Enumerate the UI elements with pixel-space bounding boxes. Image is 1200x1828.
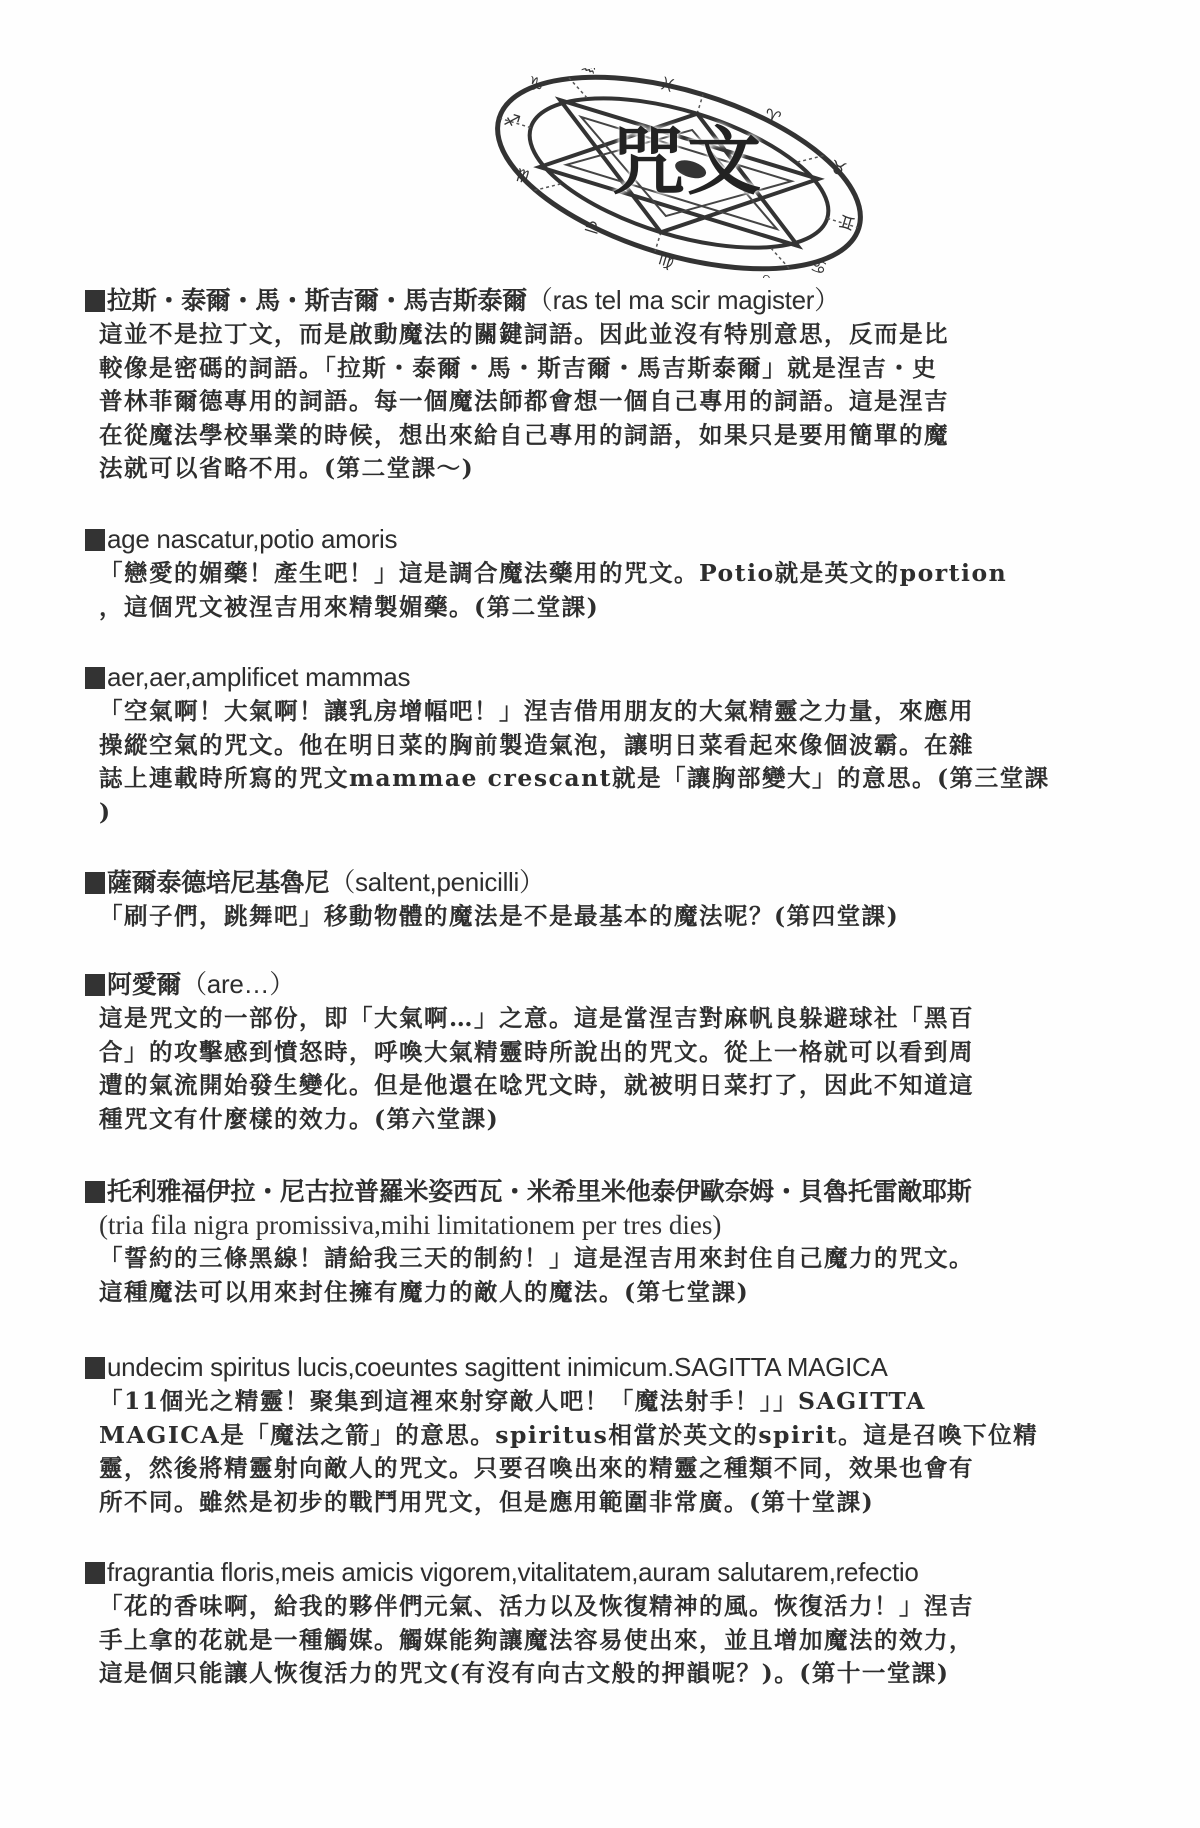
square-bullet-icon [85, 872, 105, 894]
spell-description: 「11個光之精靈！聚集到這裡來射穿敵人吧！「魔法射手！」」SAGITTA MAG… [85, 1385, 1135, 1519]
spell-heading: undecim spiritus lucis,coeuntes sagitten… [85, 1350, 1135, 1385]
description-line: 合」的攻擊感到憤怒時，呼喚大氣精靈時所說出的咒文。從上一格就可以看到周 [99, 1036, 1135, 1070]
spell-description: 「空氣啊！大氣啊！讓乳房增幅吧！」涅吉借用朋友的大氣精靈之力量，來應用 操縱空氣… [85, 695, 1135, 829]
spell-name: 托利雅福伊拉・尼古拉普羅米姿西瓦・米希里米他泰伊歐奈姆・貝魯托雷敵耶斯 [107, 1177, 972, 1206]
spell-description: 這並不是拉丁文，而是啟動魔法的關鍵詞語。因此並沒有特別意思，反而是比 較像是密碼… [85, 318, 1135, 486]
document-page: ♒ ♈ ♉ ♊ ♋ ♌ ♍ ♎ ♏ ♐ ♑ ♓ 咒文 拉斯・泰爾・馬・斯吉爾・馬… [0, 0, 1200, 1828]
spell-heading: 阿愛爾（are…） [85, 967, 1135, 1002]
description-line: 所不同。雖然是初步的戰鬥用咒文，但是應用範圍非常廣。(第十堂課) [99, 1486, 1135, 1520]
description-line: ，這個咒文被涅吉用來精製媚藥。(第二堂課) [99, 591, 1135, 625]
spell-description: 「誓約的三條黑線！請給我三天的制約！」這是涅吉用來封住自己魔力的咒文。 這種魔法… [85, 1242, 1135, 1309]
description-line: MAGICA是「魔法之箭」的意思。spiritus相當於英文的spirit。這是… [99, 1419, 1135, 1453]
spell-latin: (tria fila nigra promissiva,mihi limitat… [85, 1209, 1135, 1242]
spell-heading: age nascatur,potio amoris [85, 522, 1135, 557]
square-bullet-icon [85, 1562, 105, 1584]
svg-text:♑: ♑ [525, 72, 547, 97]
square-bullet-icon [85, 667, 105, 689]
page-title: 咒文 [602, 120, 772, 204]
spell-entry: 薩爾泰德培尼基魯尼（saltent,penicilli） 「刷子們，跳舞吧」移動… [85, 865, 1135, 934]
description-line: 「戀愛的媚藥！產生吧！」這是調合魔法藥用的咒文。Potio就是英文的portio… [99, 557, 1135, 591]
description-line: 較像是密碼的詞語。「拉斯・泰爾・馬・斯吉爾・馬吉斯泰爾」就是涅吉・史 [99, 352, 1135, 386]
spell-entry: aer,aer,amplificet mammas 「空氣啊！大氣啊！讓乳房增幅… [85, 660, 1135, 829]
description-line: 遭的氣流開始發生變化。但是他還在唸咒文時，就被明日菜打了，因此不知道這 [99, 1069, 1135, 1103]
description-line: 這並不是拉丁文，而是啟動魔法的關鍵詞語。因此並沒有特別意思，反而是比 [99, 318, 1135, 352]
spell-description: 「花的香味啊，給我的夥伴們元氣、活力以及恢復精神的風。恢復活力！」涅吉 手上拿的… [85, 1590, 1135, 1691]
svg-text:♐: ♐ [501, 109, 523, 134]
zodiac-emblem: ♒ ♈ ♉ ♊ ♋ ♌ ♍ ♎ ♏ ♐ ♑ ♓ 咒文 [484, 68, 874, 278]
spell-name: 阿愛爾 [107, 970, 181, 999]
spell-name: 拉斯・泰爾・馬・斯吉爾・馬吉斯泰爾 [107, 286, 527, 315]
spell-entry: undecim spiritus lucis,coeuntes sagitten… [85, 1350, 1135, 1519]
spell-heading: 拉斯・泰爾・馬・斯吉爾・馬吉斯泰爾（ras tel ma scir magist… [85, 283, 1135, 318]
description-line: 「空氣啊！大氣啊！讓乳房增幅吧！」涅吉借用朋友的大氣精靈之力量，來應用 [99, 695, 1135, 729]
spell-heading: 托利雅福伊拉・尼古拉普羅米姿西瓦・米希里米他泰伊歐奈姆・貝魯托雷敵耶斯 [85, 1175, 1135, 1209]
description-line: 「花的香味啊，給我的夥伴們元氣、活力以及恢復精神的風。恢復活力！」涅吉 [99, 1590, 1135, 1624]
square-bullet-icon [85, 1181, 105, 1203]
spell-heading: 薩爾泰德培尼基魯尼（saltent,penicilli） [85, 865, 1135, 900]
spell-entry: 拉斯・泰爾・馬・斯吉爾・馬吉斯泰爾（ras tel ma scir magist… [85, 283, 1135, 486]
spell-entry: 阿愛爾（are…） 這是咒文的一部份，即「大氣啊…」之意。這是當涅吉對麻帆良躲避… [85, 967, 1135, 1136]
description-line: 誌上連載時所寫的咒文mammae crescant就是「讓胸部變大」的意思。(第… [99, 762, 1135, 796]
description-line: 這是咒文的一部份，即「大氣啊…」之意。這是當涅吉對麻帆良躲避球社「黑百 [99, 1002, 1135, 1036]
description-line: 法就可以省略不用。(第二堂課～) [99, 452, 1135, 486]
spell-latin: age nascatur,potio amoris [107, 524, 397, 554]
spell-latin: （are…） [181, 969, 295, 999]
description-line: 「11個光之精靈！聚集到這裡來射穿敵人吧！「魔法射手！」」SAGITTA [99, 1385, 1135, 1419]
spell-description: 這是咒文的一部份，即「大氣啊…」之意。這是當涅吉對麻帆良躲避球社「黑百 合」的攻… [85, 1002, 1135, 1136]
spell-heading: fragrantia floris,meis amicis vigorem,vi… [85, 1555, 1135, 1590]
description-line: 普林菲爾德專用的詞語。每一個魔法師都會想一個自己專用的詞語。這是涅吉 [99, 385, 1135, 419]
spell-latin: fragrantia floris,meis amicis vigorem,vi… [107, 1557, 919, 1587]
square-bullet-icon [85, 1357, 105, 1379]
spell-entry: 托利雅福伊拉・尼古拉普羅米姿西瓦・米希里米他泰伊歐奈姆・貝魯托雷敵耶斯 (tri… [85, 1175, 1135, 1309]
description-line: 操縱空氣的咒文。他在明日菜的胸前製造氣泡，讓明日菜看起來像個波霸。在雜 [99, 729, 1135, 763]
square-bullet-icon [85, 529, 105, 551]
spell-name: 薩爾泰德培尼基魯尼 [107, 868, 329, 897]
spell-entry: fragrantia floris,meis amicis vigorem,vi… [85, 1555, 1135, 1691]
square-bullet-icon [85, 974, 105, 996]
description-line: 「刷子們，跳舞吧」移動物體的魔法是不是最基本的魔法呢？(第四堂課) [99, 900, 1135, 934]
description-line: 「誓約的三條黑線！請給我三天的制約！」這是涅吉用來封住自己魔力的咒文。 [99, 1242, 1135, 1276]
description-line: 種咒文有什麼樣的效力。(第六堂課) [99, 1103, 1135, 1137]
description-line: 這種魔法可以用來封住擁有魔力的敵人的魔法。(第七堂課) [99, 1276, 1135, 1310]
svg-text:♓: ♓ [656, 73, 678, 98]
spell-heading: aer,aer,amplificet mammas [85, 660, 1135, 695]
description-line: 這是個只能讓人恢復活力的咒文(有沒有向古文般的押韻呢？)。(第十一堂課) [99, 1657, 1135, 1691]
spell-description: 「戀愛的媚藥！產生吧！」這是調合魔法藥用的咒文。Potio就是英文的portio… [85, 557, 1135, 624]
spell-latin: （saltent,penicilli） [329, 867, 544, 897]
svg-text:♊: ♊ [836, 211, 858, 236]
description-line: ) [99, 796, 1135, 830]
spell-latin: aer,aer,amplificet mammas [107, 662, 410, 692]
svg-text:♎: ♎ [582, 215, 604, 240]
spell-latin: undecim spiritus lucis,coeuntes sagitten… [107, 1352, 888, 1382]
spell-latin: （ras tel ma scir magister） [527, 285, 840, 315]
spell-description: 「刷子們，跳舞吧」移動物體的魔法是不是最基本的魔法呢？(第四堂課) [85, 900, 1135, 934]
description-line: 手上拿的花就是一種觸媒。觸媒能夠讓魔法容易使出來，並且增加魔法的效力， [99, 1624, 1135, 1658]
svg-text:♋: ♋ [808, 255, 830, 278]
spell-entry: age nascatur,potio amoris 「戀愛的媚藥！產生吧！」這是… [85, 522, 1135, 624]
square-bullet-icon [85, 290, 105, 312]
description-line: 在從魔法學校畢業的時候，想出來給自己專用的詞語，如果只是要用簡單的魔 [99, 419, 1135, 453]
description-line: 靈，然後將精靈射向敵人的咒文。只要召喚出來的精靈之種類不同，效果也會有 [99, 1452, 1135, 1486]
